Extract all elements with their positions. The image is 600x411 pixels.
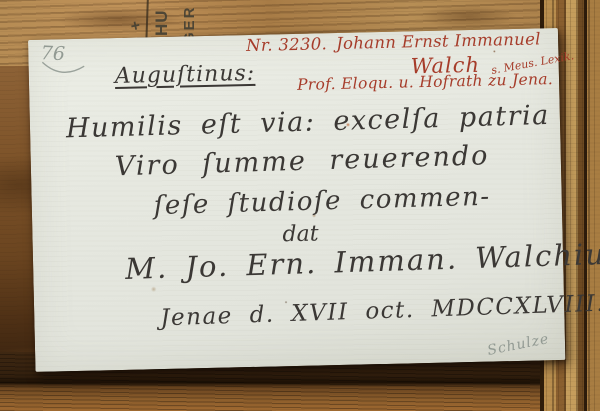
manuscript-line-dedication-1: Viro ſumme reuerendo (114, 140, 489, 182)
registry-number-line: Nr. 3230.Johann Ernst Immanuel (246, 29, 541, 55)
pencil-annotation-schulze: Schulze (486, 331, 551, 359)
manuscript-line-quote: Humilis eſt via: excelſa patria (66, 100, 551, 145)
registry-title-line: Prof. Eloqu. u. Hofrath zu Jena. (297, 70, 553, 94)
manuscript-line-dedication-2: ſeſe ſtudioſe commen- (153, 182, 491, 221)
pencil-number: 76 (40, 42, 88, 78)
manuscript-line-dedication-3: dat (282, 221, 319, 247)
crate-stamp-hu: HU (152, 0, 172, 36)
date-line: Jenae d. XVII oct. MDCCXLVIII. (160, 291, 600, 332)
pencil-number-text: 76 (40, 42, 65, 65)
signature-line: M. Jo. Ern. Imman. Walchius (125, 236, 600, 286)
heading-augustinus: Auguſtinus: (115, 61, 256, 89)
photo-of-manuscript: HU GER + 76 Nr. 3230.Johann Ernst Immanu… (0, 0, 600, 411)
registry-number: Nr. 3230. (246, 34, 327, 55)
manuscript-card: 76 Nr. 3230.Johann Ernst Immanuel Walch … (28, 28, 565, 372)
registry-name: Johann Ernst Immanuel (336, 29, 541, 53)
